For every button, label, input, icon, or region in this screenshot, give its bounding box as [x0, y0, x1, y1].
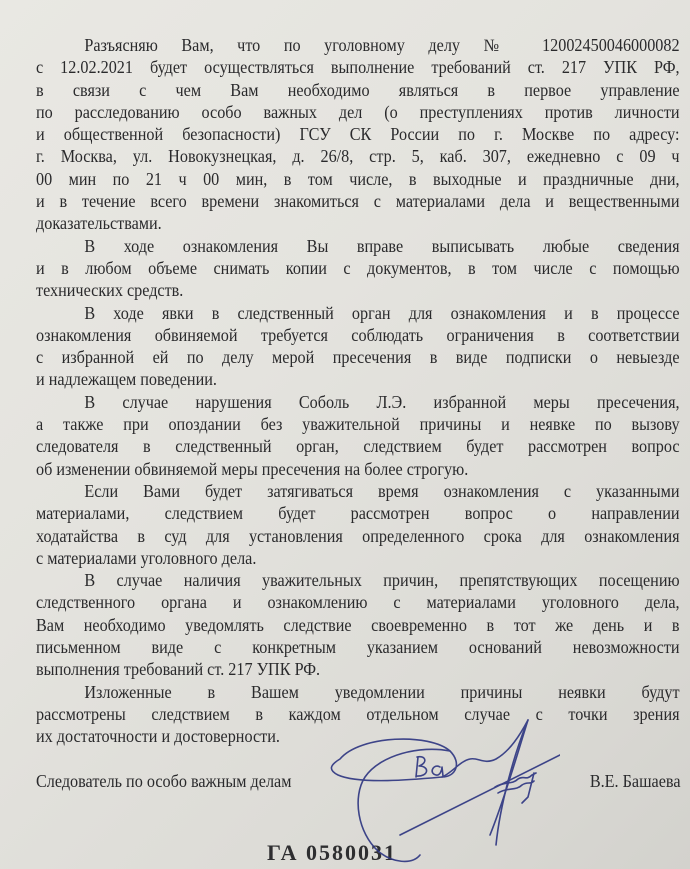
text-line: В случае нарушения Соболь Л.Э. избранной…	[36, 391, 680, 413]
text-line: В ходе ознакомления Вы вправе выписывать…	[36, 235, 680, 257]
text-line: Разъясняю Вам, что по уголовному делу № …	[36, 34, 680, 56]
text-line: 00 мин по 21 ч 00 мин, в том числе, в вы…	[36, 168, 680, 190]
paragraph-2: В ходе ознакомления Вы вправе выписывать…	[36, 235, 680, 302]
paragraph-4: В случае нарушения Соболь Л.Э. избранной…	[36, 391, 680, 480]
text-line: В ходе явки в следственный орган для озн…	[36, 302, 680, 324]
text-line: и в течение всего времени знакомиться с …	[36, 190, 680, 212]
text-line: и надлежащем поведении.	[36, 368, 680, 390]
text-line: Изложенные в Вашем уведомлении причины н…	[36, 681, 680, 703]
signer-name: В.Е. Башаева	[589, 770, 680, 792]
text-line: и общественной безопасности) ГСУ СК Росс…	[36, 123, 680, 145]
text-line: В случае наличия уважительных причин, пр…	[36, 569, 680, 591]
text-line: и в любом объеме снимать копии с докумен…	[36, 257, 680, 279]
text-line: материалами, следствием будет рассмотрен…	[36, 502, 680, 524]
text-line: с материалами уголовного дела.	[36, 547, 680, 569]
text-line: а также при опоздании без уважительной п…	[36, 413, 680, 435]
text-line: технических средств.	[36, 279, 680, 301]
text-line: ознакомления обвиняемой требуется соблюд…	[36, 324, 680, 346]
paragraph-5: Если Вами будет затягиваться время ознак…	[36, 480, 680, 569]
text-line: письменном виде с конкретным указанием о…	[36, 636, 680, 658]
paragraph-7: Изложенные в Вашем уведомлении причины н…	[36, 681, 680, 748]
text-line: Если Вами будет затягиваться время ознак…	[36, 480, 680, 502]
text-line: с 12.02.2021 будет осуществляться выполн…	[36, 56, 680, 78]
text-line: ходатайства в суд для установления опред…	[36, 525, 680, 547]
text-line: рассмотрены следствием в каждом отдельно…	[36, 703, 680, 725]
text-line: об изменении обвиняемой меры пресечения …	[36, 458, 680, 480]
text-line: доказательствами.	[36, 212, 680, 234]
text-line: г. Москва, ул. Новокузнецкая, д. 26/8, с…	[36, 145, 680, 167]
text-line: с избранной ей по делу мерой пресечения …	[36, 346, 680, 368]
text-line: выполнения требований ст. 217 УПК РФ.	[36, 658, 680, 680]
paragraph-1: Разъясняю Вам, что по уголовному делу № …	[36, 34, 680, 235]
text-line: Вам необходимо уведомлять следствие свое…	[36, 614, 680, 636]
text-line: следственного органа и ознакомлению с ма…	[36, 591, 680, 613]
text-line: по расследованию особо важных дел (о пре…	[36, 101, 680, 123]
text-line: в связи с чем Вам необходимо являться в …	[36, 79, 680, 101]
paragraph-3: В ходе явки в следственный орган для озн…	[36, 302, 680, 391]
paragraph-6: В случае наличия уважительных причин, пр…	[36, 569, 680, 680]
document-body: Разъясняю Вам, что по уголовному делу № …	[36, 34, 680, 748]
serial-number: ГА 0580031	[267, 840, 397, 866]
investigator-title: Следователь по особо важным делам	[36, 770, 291, 792]
text-line: следователя в следственный орган, следст…	[36, 435, 680, 457]
text-line: их достаточности и достоверности.	[36, 725, 680, 747]
